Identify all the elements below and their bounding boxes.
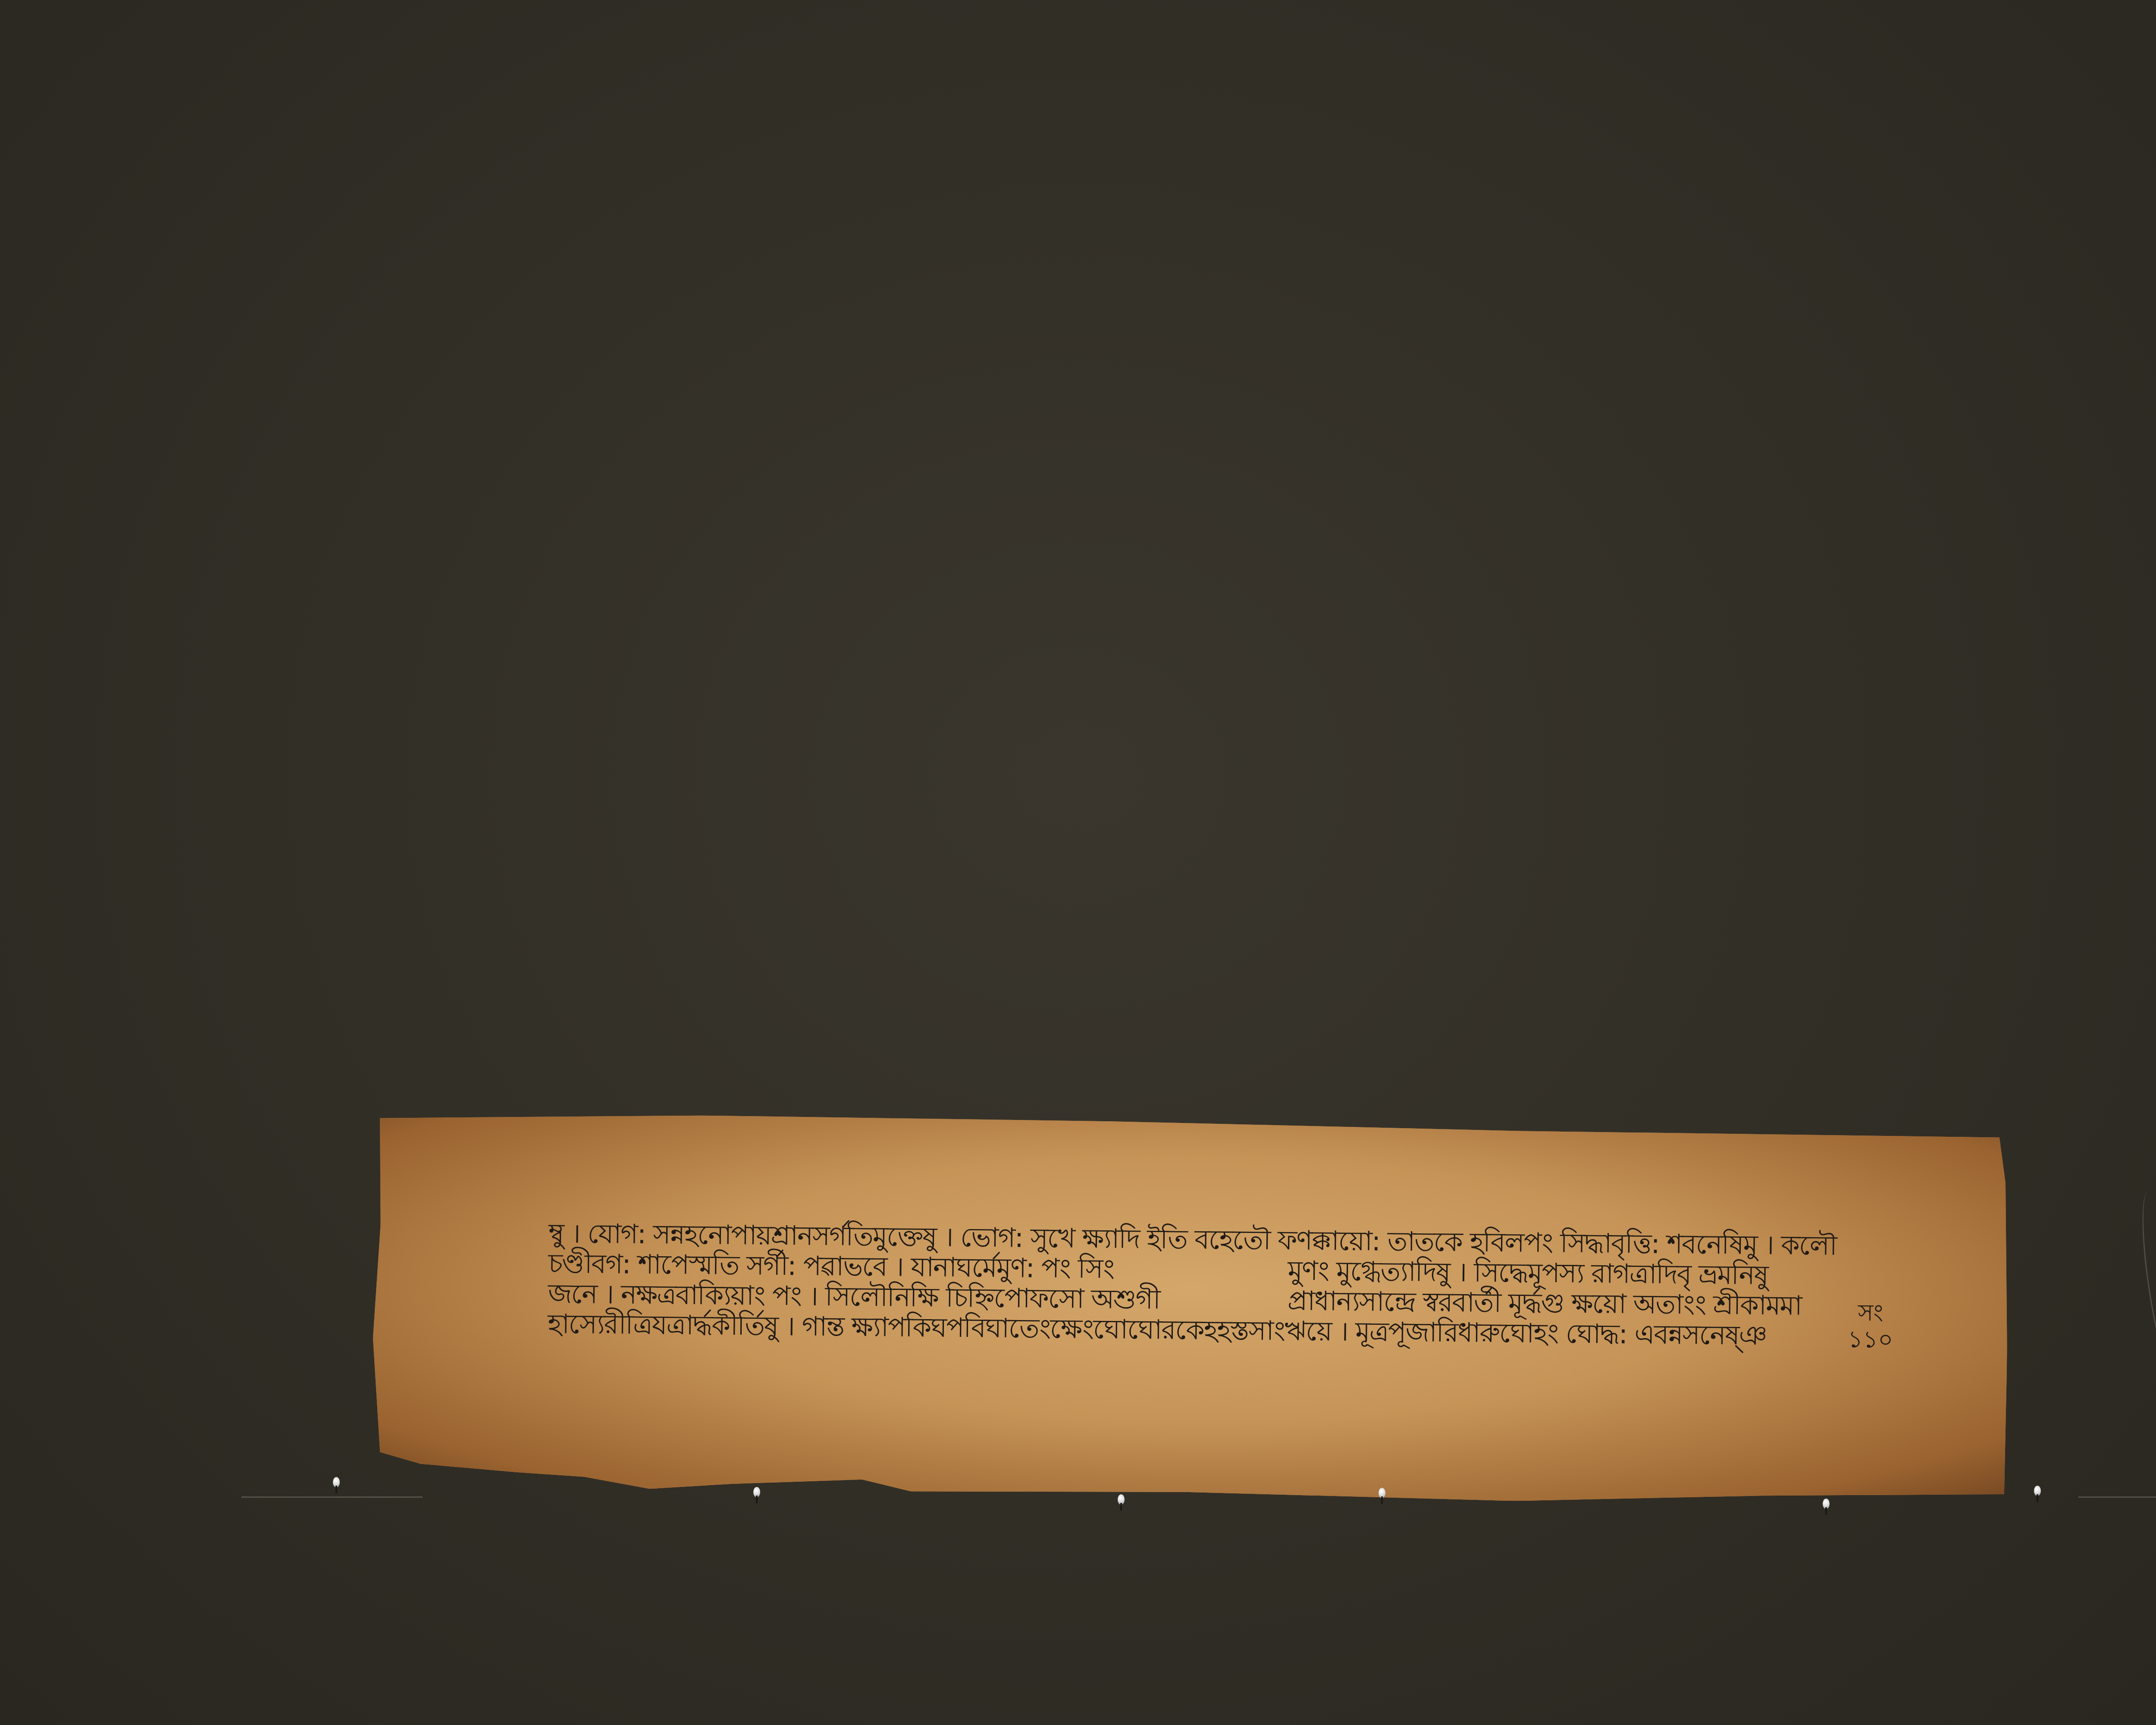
mounting-pin-icon	[1823, 1499, 1830, 1509]
text-line-3-left: জনে । নক্ষত্ৰবাক্যিয়াং পং । সিলৌনিক্ষি …	[548, 1280, 1160, 1313]
manuscript-leaf: ম্বু । যোগ: সন্নহনোপায়শ্রানসর্গতিমুক্তে…	[372, 1110, 2009, 1505]
mounting-pin-icon	[1118, 1494, 1125, 1505]
mounting-board-pencil-line-left	[241, 1496, 423, 1498]
text-line-3-right: প্রাধান্যসান্দ্রে স্বরবার্তী মূর্দ্ধগু ক…	[1288, 1287, 1802, 1319]
mounting-pin-icon	[333, 1477, 340, 1487]
folio-abbrev: সং	[1848, 1299, 1893, 1327]
mounting-pin-icon	[2034, 1486, 2041, 1496]
folio-numeral: ১১০	[1848, 1326, 1893, 1353]
mounting-pin-icon	[753, 1487, 760, 1497]
manuscript-text-block: ম্বু । যোগ: সন্নহনোপায়শ্রানসর্গতিমুক্তে…	[549, 1220, 2037, 1234]
pencil-arc-mark	[2135, 1189, 2156, 1373]
mounting-pin-icon	[1379, 1488, 1385, 1498]
text-line-2-right: মুণং মুগ্ধেত্যাদিষু । সিদ্ধেমূপস্য রাগত্…	[1288, 1257, 1768, 1289]
text-line-2-left: চণ্ডীবগ: শাপেস্মতি সর্গী: পৱাভবে । যানাঘ…	[548, 1250, 1114, 1283]
mounting-board-pencil-line-right	[2078, 1496, 2156, 1498]
margin-folio-number: সং ১১০	[1848, 1299, 1893, 1353]
